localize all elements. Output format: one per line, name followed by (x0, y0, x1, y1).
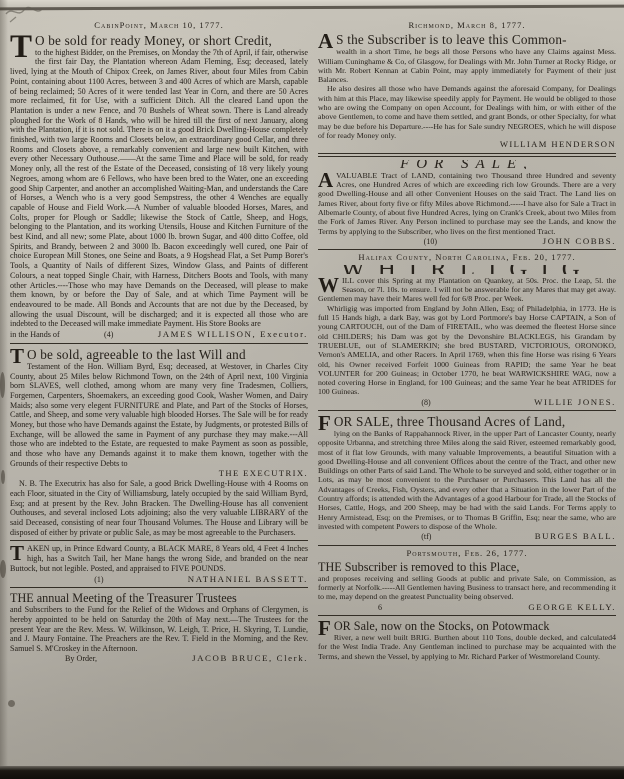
signature-name: WILLIAM HENDERSON (318, 140, 616, 149)
ad-kelly-removal-notice: Portsmouth, Feb. 26, 1777. THE Subscribe… (318, 549, 616, 612)
ad-henderson-notice: AS the Subscriber is to leave this Commo… (318, 32, 616, 149)
drop-cap-letter: W (318, 276, 339, 294)
section-rule (10, 343, 308, 344)
insertion-mark: (8) (421, 398, 430, 407)
section-rule (318, 545, 616, 546)
ad-body-text: and proposes receiving and selling Goods… (318, 574, 616, 602)
section-rule (318, 410, 616, 411)
signature-row: 6 GEORGE KELLY. (318, 603, 616, 612)
signature-name: BURGES BALL. (535, 532, 616, 541)
scan-bottom-edge (0, 766, 624, 779)
signature-name: NATHANIEL BASSETT. (188, 575, 308, 585)
ad-body-text: Testament of the Hon. William Byrd, Esq;… (10, 362, 308, 468)
ink-smudge (0, 560, 6, 578)
by-order-label: By Order, (65, 654, 97, 664)
signature-row: (tf) BURGES BALL. (318, 532, 616, 541)
signature-name: JACOB BRUCE, Clerk. (192, 654, 308, 664)
ad-body-text: wealth in a short Time, he begs all thos… (318, 47, 616, 84)
newspaper-page: CabinPoint, March 10, 1777. TO be sold f… (0, 0, 624, 779)
ad-body-text: and Subscribers to the Fund for the Reli… (10, 605, 308, 653)
insertion-mark: (tf) (421, 532, 431, 541)
drop-cap-letter: T (10, 544, 24, 562)
signature-name: THE EXECUTRIX. (10, 469, 308, 479)
section-rule (318, 615, 616, 616)
left-column: CabinPoint, March 10, 1777. TO be sold f… (10, 20, 308, 768)
right-column: Richmond, March 8, 1777. AS the Subscrib… (318, 20, 616, 768)
ink-smudge (0, 372, 5, 398)
ad-lead-line: OR SALE, three Thousand Acres of Land, (334, 414, 616, 429)
ad-treasurer-trustees-meeting: THE annual Meeting of the Treasurer Trus… (10, 591, 308, 663)
signature-name: JAMES WILLISON, Executor. (158, 330, 308, 340)
drop-cap-letter: F (318, 619, 331, 637)
ad-lead-line: O be sold for ready Money, or short Cred… (35, 33, 308, 48)
ink-smudge (1, 470, 5, 484)
nb-paragraph: N. B. The Executrix has also for Sale, a… (10, 479, 308, 537)
ad-body-text: VALUABLE Tract of LAND, containing two T… (318, 171, 616, 236)
section-rule-double (318, 153, 616, 157)
insertion-mark: 6 (318, 603, 382, 612)
ad-body-text: AKEN up, in Prince Edward County, a BLAC… (10, 544, 308, 572)
insertion-mark: (10) (424, 237, 437, 246)
whirligig-heading: WHIRLIGIG (318, 265, 616, 274)
ad-lead-line: OR Sale, now on the Stocks, on Potowmack (334, 619, 616, 633)
dateline-cabin-point: CabinPoint, March 10, 1777. (10, 21, 308, 31)
ad-body-text: lying on the Banks of Rappahannock River… (318, 429, 616, 531)
drop-cap-letter: T (10, 347, 24, 365)
ad-whirligig-stud: Halifax County, North Carolina, Feb. 20,… (318, 253, 616, 407)
section-rule (10, 587, 308, 588)
ad-lead-line: S the Subscriber is to leave this Common… (336, 32, 616, 47)
ad-cobbs-land-sale: FOR SALE, AVALUABLE Tract of LAND, conta… (318, 160, 616, 247)
signature-row: (10) JOHN COBBS. (318, 237, 616, 246)
insertion-mark: 4 (612, 633, 616, 642)
insertion-mark: (4) (104, 330, 113, 340)
ad-brig-for-sale: FOR Sale, now on the Stocks, on Potowmac… (318, 619, 616, 661)
ad-body-text: to the highest Bidder, on the Premises, … (10, 48, 308, 329)
ad-byrd-estate-sale: TO be sold, agreeable to the last Will a… (10, 347, 308, 538)
ad-lead-line: THE Subscriber is removed to this Place, (318, 560, 616, 574)
drop-cap-letter: A (318, 32, 333, 50)
ad-body-text: ILL cover this Spring at my Plantation o… (318, 276, 616, 304)
section-rule (318, 249, 616, 250)
section-rule (10, 540, 308, 541)
ad-fleming-plantation-sale: TO be sold for ready Money, or short Cre… (10, 33, 308, 340)
signature-row: (1) NATHANIEL BASSETT. (10, 575, 308, 585)
signature-name: GEORGE KELLY. (528, 603, 616, 612)
signature-row: (8) WILLIE JONES. (318, 398, 616, 407)
dateline-portsmouth: Portsmouth, Feb. 26, 1777. (318, 549, 616, 558)
signature-row: in the Hands of (4) JAMES WILLISON, Exec… (10, 330, 308, 340)
signature-name: JOHN COBBS. (543, 237, 616, 246)
ad-body-text: Whirligig was imported from England by J… (318, 304, 616, 397)
ad-body-text: He also desires all those who have Deman… (318, 84, 616, 140)
signature-row: By Order, JACOB BRUCE, Clerk. (10, 654, 308, 664)
signature-name: WILLIE JONES. (534, 398, 616, 407)
drop-cap-letter: A (318, 171, 333, 189)
dateline-richmond: Richmond, March 8, 1777. (318, 21, 616, 30)
ad-lead-line: O be sold, agreeable to the last Will an… (27, 347, 308, 362)
ad-lead-line: THE annual Meeting of the Treasurer Trus… (10, 591, 308, 605)
ad-taken-up-mare: TAKEN up, in Prince Edward County, a BLA… (10, 544, 308, 584)
dateline-halifax: Halifax County, North Carolina, Feb. 20,… (318, 253, 616, 262)
signature-prefix: in the Hands of (10, 330, 60, 340)
drop-cap-letter: F (318, 414, 331, 432)
ad-rappahannock-land-sale: FOR SALE, three Thousand Acres of Land,l… (318, 414, 616, 542)
ad-body-text: River, a new well built BRIG. Burthen ab… (318, 633, 616, 661)
insertion-mark: (1) (94, 575, 103, 585)
drop-cap-letter: T (10, 33, 32, 61)
for-sale-heading: FOR SALE, (318, 160, 616, 169)
